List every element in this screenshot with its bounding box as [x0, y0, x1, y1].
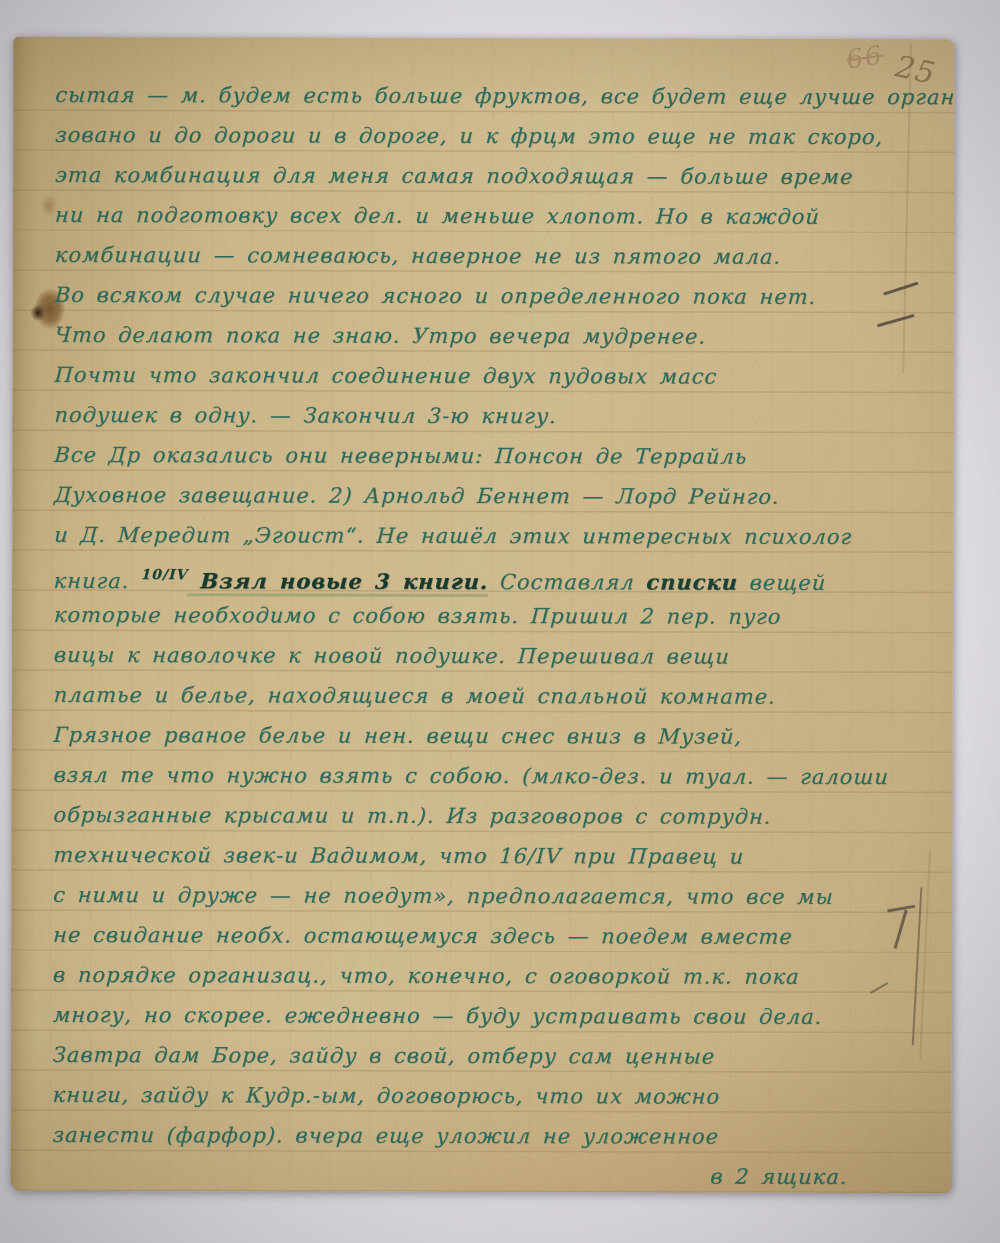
handwritten-line: не свидание необх. остающемуся здесь — п… [52, 915, 919, 957]
page-number-old: 66 [845, 41, 886, 76]
handwritten-line: многу, но скорее. ежедневно — буду устра… [52, 995, 919, 1037]
handwritten-line: Грязное рваное белье и нен. вещи снес вн… [53, 715, 920, 757]
handwritten-line: платье и белье, находящиеся в моей спаль… [53, 675, 920, 717]
handwritten-line: Завтра дам Боре, зайду в свой, отберу са… [52, 1035, 919, 1077]
handwritten-line: Во всяком случае ничего ясного и определ… [54, 275, 921, 317]
torn-left-edge [10, 37, 39, 1191]
handwritten-line: подушек в одну. — Закончил 3-ю книгу. [53, 395, 920, 437]
handwritten-line: сытая — м. будем есть больше фруктов, вс… [54, 75, 921, 117]
manuscript-page: 66 25 сытая — м. будем есть больше фрукт… [10, 37, 954, 1193]
handwritten-line: взял те что нужно взять с собою. (млко-д… [52, 755, 919, 797]
handwritten-line: Духовное завещание. 2) Арнольд Беннет — … [53, 475, 920, 517]
handwritten-line: книги, зайду к Кудр.-ым, договорюсь, что… [52, 1075, 919, 1117]
paper-crease [919, 849, 930, 1059]
handwritten-line: Что делают пока не знаю. Утро вечера муд… [54, 315, 921, 357]
handwritten-line: ни на подготовку всех дел. и меньше хлоп… [54, 195, 921, 237]
photo-background: 66 25 сытая — м. будем есть больше фрукт… [0, 0, 1000, 1243]
handwritten-line: и Д. Мередит „Эгоист“. Не нашёл этих инт… [53, 515, 920, 557]
handwritten-line: занести (фарфор). вчера еще уложил не ул… [52, 1115, 919, 1157]
handwritten-line: книга. 10/IV Взял новые 3 книги. Составл… [53, 555, 920, 597]
handwritten-line: технической звек-и Вадимом, что 16/IV пр… [52, 835, 919, 877]
handwritten-line: обрызганные крысами и т.п.). Из разговор… [52, 795, 919, 837]
handwritten-line: эта комбинация для меня самая подходящая… [54, 155, 921, 197]
handwritten-line: Почти что закончил соединение двух пудов… [54, 355, 921, 397]
ink-blot [31, 305, 45, 321]
handwritten-line: вицы к наволочке к новой подушке. Переши… [53, 635, 920, 677]
handwritten-line: зовано и до дороги и в дороге, и к фрцм … [54, 115, 921, 157]
handwriting-lines: сытая — м. будем есть больше фруктов, вс… [52, 75, 920, 1193]
handwritten-line: Все Др оказались они неверными: Понсон д… [53, 435, 920, 477]
handwritten-line: в порядке организац., что, конечно, с ог… [52, 955, 919, 997]
handwritten-line: с ними и друже — не поедут», предполагае… [52, 875, 919, 917]
handwritten-line: в 2 ящика. [51, 1155, 918, 1193]
handwritten-line: комбинации — сомневаюсь, наверное не из … [54, 235, 921, 277]
handwritten-line: которые необходимо с собою взять. Пришил… [53, 595, 920, 637]
